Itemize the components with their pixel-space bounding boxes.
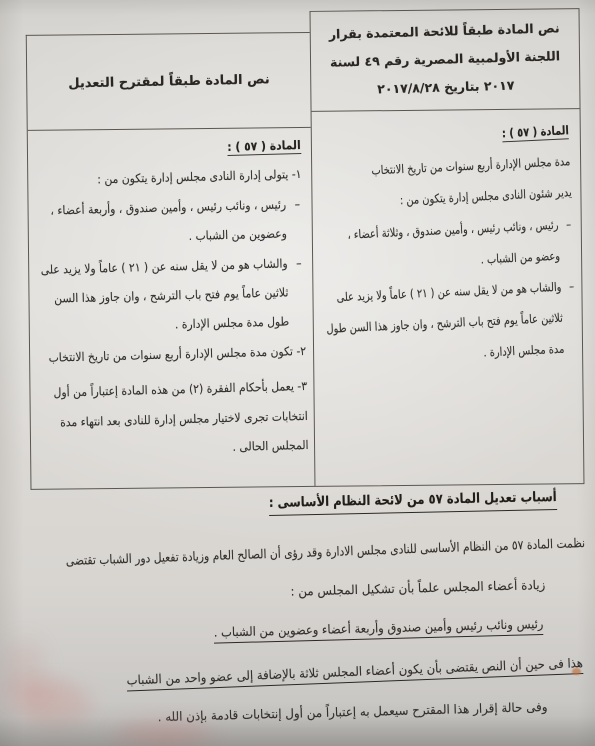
approved-column-header-text: نص المادة طبقاً للائحة المعتمدة بقرار ال… [320,14,570,105]
proposed-composition-underlined-line: رئيس ونائب رئيس وأمين صندوق وأربعة أعضاء… [213,616,543,644]
approved-column-text-block: المادة ( ٥٧ ) : مدة مجلس الإدارة أربع سن… [316,115,580,376]
scanned-document: نص المادة طبقاً للائحة المعتمدة بقرار ال… [0,0,595,746]
proposed-column-header-cell: نص المادة طبقاً لمقترح التعديل [27,33,311,131]
pink-smudge-stain [18,682,93,727]
proposed-column-text-block: المادة ( ٥٧ ) : ١- يتولى إدارة النادى مج… [32,131,309,467]
proposed-column-header-text: نص المادة طبقاً لمقترح التعديل [68,72,270,91]
closing-statement-line: وفى حالة إقرار هذا المقترح سيعمل به إعتب… [157,699,547,724]
approved-bullet-1-text: رئيس ، ونائب رئيس ، وأمين صندوق ، وثلاثة… [320,209,560,282]
approved-column-header-cell: نص المادة طبقاً للائحة المعتمدة بقرار ال… [311,9,580,112]
bullet-dash-icon: – [566,271,579,365]
reasons-paragraph-line-1: نظمت المادة ٥٧ من النظام الأساسى للنادى … [66,535,586,568]
proposed-item-2: ٢- تكون مدة مجلس الإدارة أربع سنوات من ت… [38,337,307,373]
bullet-dash-icon: – [563,209,575,272]
proposed-bullet-2: – والشاب هو من لا يقل سنه عن ( ٢١ ) عاما… [35,249,306,344]
approved-column-body-cell: المادة ( ٥٧ ) : مدة مجلس الإدارة أربع سن… [312,109,584,486]
proposed-article-title-text: المادة ( ٥٧ ) : [228,138,302,156]
approved-bullet-2-text: والشاب هو من لا يقل سنه عن ( ٢١ ) عاماً … [323,272,564,377]
bullet-dash-icon: – [294,249,306,337]
approved-text-column: نص المادة طبقاً للائحة المعتمدة بقرار ال… [310,8,585,487]
approved-bullet-1: – رئيس ، ونائب رئيس ، وأمين صندوق ، وثلا… [320,209,575,283]
proposed-column-body-cell: المادة ( ٥٧ ) : ١- يتولى إدارة النادى مج… [28,128,315,489]
pink-smudge-stain [4,640,44,700]
reasons-section-heading: أسباب تعديل المادة ٥٧ من لائحة النظام ال… [269,489,557,516]
reasons-paragraph-line-2: زيادة أعضاء المجلس علماً بأن تشكيل المجل… [290,577,545,599]
proposed-bullet-1: – رئيس ، ونائب رئيس ، وأمين صندوق ، وأرب… [34,190,304,256]
proposed-bullet-2-text: والشاب هو من لا يقل سنه عن ( ٢١ ) عاماً … [35,249,290,344]
bullet-dash-icon: – [292,190,303,249]
approved-bullet-2: – والشاب هو من لا يقل سنه عن ( ٢١ ) عاما… [323,271,579,376]
current-text-underlined-line: هذا فى حين أن النص يقتضى بأن يكون أعضاء … [126,655,583,692]
approved-article-title-text: المادة ( ٥٧ ) : [501,123,569,142]
proposed-bullet-1-text: رئيس ، ونائب رئيس ، وأمين صندوق ، وأربعة… [34,190,288,255]
proposed-item-3: ٣- يعمل بأحكام الفقرة (٢) من هذه المادة … [38,372,309,467]
proposed-text-column: نص المادة طبقاً لمقترح التعديل المادة ( … [26,32,315,490]
comparison-table: نص المادة طبقاً للائحة المعتمدة بقرار ال… [26,8,585,490]
